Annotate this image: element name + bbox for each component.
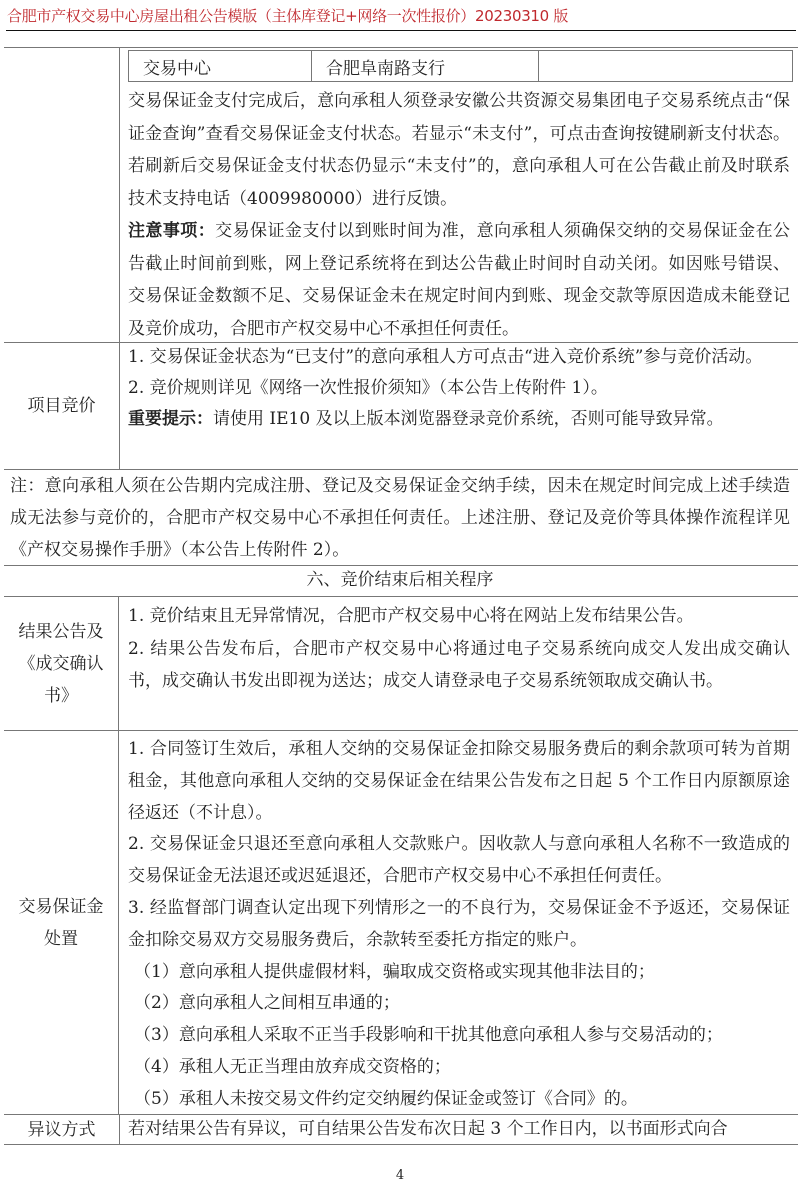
- notice-paragraph: 注意事项：交易保证金支付以到账时间为准，意向承租人须确保交纳的交易保证金在公告截…: [128, 215, 790, 345]
- row-note: 注：意向承租人须在公告期内完成注册、登记及交易保证金交纳手续，因未在规定时间完成…: [4, 470, 798, 566]
- notice-text: 交易保证金支付以到账时间为准，意向承租人须确保交纳的交易保证金在公告截止时间前到…: [128, 221, 790, 339]
- row-label-bidding: 项目竞价: [4, 342, 120, 469]
- deposit-sub-item-3: （3）意向承租人采取不正当手段影响和干扰其他意向承租人参与交易活动的；: [128, 1020, 790, 1052]
- section-6-title: 六、竞价结束后相关程序: [10, 565, 790, 595]
- deposit-item-3: 3. 经监督部门调查认定出现下列情形之一的不良行为，交易保证金不予返还，交易保证…: [128, 893, 790, 957]
- deposit-sub-item-1: （1）意向承租人提供虚假材料，骗取成交资格或实现其他非法目的；: [128, 957, 790, 989]
- payment-status-paragraph: 交易保证金支付完成后，意向承租人须登录安徽公共资源交易集团电子交易系统点击“保证…: [128, 85, 790, 215]
- result-notice-content: 1. 竞价结束且无异常情况，合肥市产权交易中心将在网站上发布结果公告。 2. 结…: [128, 600, 790, 698]
- row-result-notice: 结果公告及《成交确认书》 1. 竞价结束且无异常情况，合肥市产权交易中心将在网站…: [4, 597, 798, 731]
- deposit-sub-item-5: （5）承租人未按交易文件约定交纳履约保证金或签订《合同》的。: [128, 1084, 790, 1116]
- bidding-item-2: 2. 竞价规则详见《网络一次性报价须知》（本公告上传附件 1）。: [128, 373, 790, 404]
- row-label-deposit-handling: 交易保证金处置: [4, 731, 119, 1114]
- bank-cell-account-name: 交易中心: [129, 51, 312, 81]
- important-text: 请使用 IE10 及以上版本浏览器登录竞价系统，否则可能导致异常。: [213, 409, 724, 429]
- notice-label: 注意事项：: [128, 221, 215, 241]
- result-item-1: 1. 竞价结束且无异常情况，合肥市产权交易中心将在网站上发布结果公告。: [128, 600, 790, 633]
- page-number: 4: [0, 1168, 800, 1182]
- row-label-empty: [4, 48, 120, 342]
- bank-cell-account-number: [539, 51, 792, 81]
- deposit-item-1: 1. 合同签订生效后，承租人交纳的交易保证金扣除交易服务费后的剩余款项可转为首期…: [128, 734, 790, 829]
- objection-text: 若对结果公告有异议，可自结果公告发布次日起 3 个工作日内，以书面形式向合: [128, 1113, 790, 1146]
- row-label-objection: 异议方式: [4, 1115, 120, 1144]
- bank-cell-branch: 合肥阜南路支行: [312, 51, 539, 81]
- note-text: 注：意向承租人须在公告期内完成注册、登记及交易保证金交纳手续，因未在规定时间完成…: [10, 470, 790, 566]
- header-rule: [6, 30, 796, 31]
- deposit-sub-item-2: （2）意向承租人之间相互串通的；: [128, 988, 790, 1020]
- document-header-title: 合肥市产权交易中心房屋出租公告模版（主体库登记+网络一次性报价）20230310…: [7, 5, 568, 26]
- important-label: 重要提示：: [128, 409, 213, 429]
- bidding-item-1: 1. 交易保证金状态为“已支付”的意向承租人方可点击“进入竞价系统”参与竞价活动…: [128, 342, 790, 373]
- bank-account-table: 交易中心 合肥阜南路支行: [128, 50, 793, 82]
- row-objection: 异议方式 若对结果公告有异议，可自结果公告发布次日起 3 个工作日内，以书面形式…: [4, 1115, 798, 1145]
- row-section-6-header: 六、竞价结束后相关程序: [4, 566, 798, 597]
- row-label-result-notice: 结果公告及《成交确认书》: [4, 597, 119, 730]
- row-deposit-handling: 交易保证金处置 1. 合同签订生效后，承租人交纳的交易保证金扣除交易服务费后的剩…: [4, 731, 798, 1115]
- important-note: 重要提示：请使用 IE10 及以上版本浏览器登录竞价系统，否则可能导致异常。: [128, 404, 790, 435]
- bidding-content: 1. 交易保证金状态为“已支付”的意向承租人方可点击“进入竞价系统”参与竞价活动…: [128, 342, 790, 435]
- row-payment-status: 交易中心 合肥阜南路支行 交易保证金支付完成后，意向承租人须登录安徽公共资源交易…: [4, 47, 798, 343]
- deposit-handling-content: 1. 合同签订生效后，承租人交纳的交易保证金扣除交易服务费后的剩余款项可转为首期…: [128, 734, 790, 1116]
- deposit-sub-item-4: （4）承租人无正当理由放弃成交资格的；: [128, 1052, 790, 1084]
- result-item-2: 2. 结果公告发布后，合肥市产权交易中心将通过电子交易系统向成交人发出成交确认书…: [128, 633, 790, 698]
- row-project-bidding: 项目竞价 1. 交易保证金状态为“已支付”的意向承租人方可点击“进入竞价系统”参…: [4, 342, 798, 470]
- deposit-item-2: 2. 交易保证金只退还至意向承租人交款账户。因收款人与意向承租人名称不一致造成的…: [128, 829, 790, 893]
- payment-status-content: 交易保证金支付完成后，意向承租人须登录安徽公共资源交易集团电子交易系统点击“保证…: [128, 85, 790, 345]
